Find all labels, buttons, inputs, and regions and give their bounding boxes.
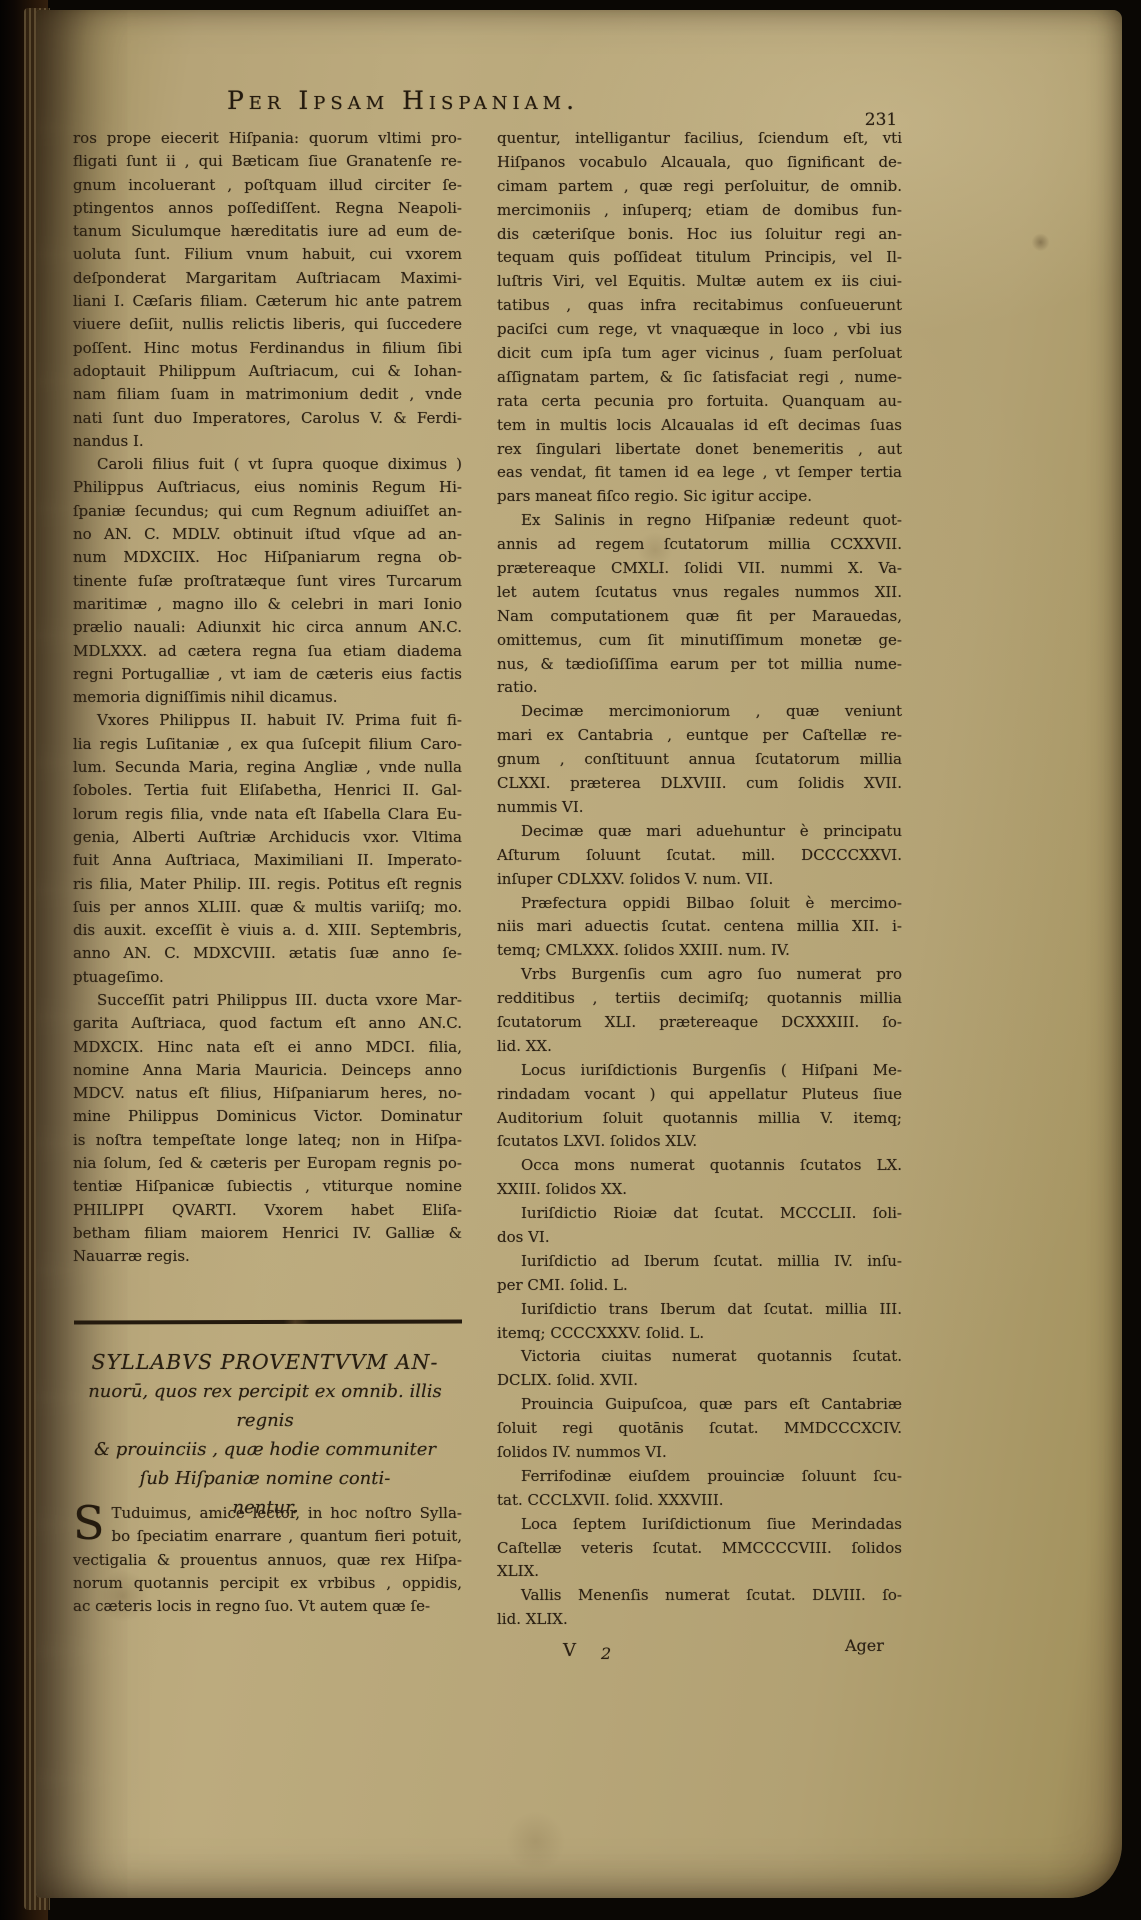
text-line: ſpaniæ ſecundus; qui cum Regnum adiuiſſe… xyxy=(73,500,462,523)
text-line: num MDXCIIX. Hoc Hiſpaniarum regna ob- xyxy=(73,546,462,569)
text-line: dicit cum ipſa tum ager vicinus , ſuam p… xyxy=(497,342,902,366)
signature-number: 2 xyxy=(601,1644,611,1663)
text-line: Victoria ciuitas numerat quotannis ſcuta… xyxy=(497,1345,902,1369)
text-line: Nauarræ regis. xyxy=(73,1245,462,1268)
paragraph: Decimæ mercimoniorum , quæ veniuntmari e… xyxy=(497,700,902,819)
heading-line: & prouinciis , quæ hodie communiter xyxy=(58,1435,472,1464)
paragraph: Occa mons numerat quotannis ſcutatos LX.… xyxy=(497,1154,902,1202)
text-line: anno AN. C. MDXCVIII. ætatis ſuæ anno ſe… xyxy=(73,942,462,965)
paragraph: Vrbs Burgenſis cum agro ſuo numerat pror… xyxy=(497,963,902,1059)
text-line: norum quotannis percipit ex vrbibus , op… xyxy=(73,1572,462,1595)
text-line: Hiſpanos vocabulo Alcauala, quo ſignific… xyxy=(497,151,902,175)
text-line: tat. CCCLXVII. ſolid. XXXVIII. xyxy=(497,1489,902,1513)
text-line: Decimæ quæ mari aduehuntur è principatu xyxy=(497,820,902,844)
text-line: Succeſſit patri Philippus III. ducta vxo… xyxy=(73,989,462,1012)
text-line: memoria digniſſimis nihil dicamus. xyxy=(73,686,462,709)
paragraph: Caroli filius fuit ( vt ſupra quoque dix… xyxy=(73,453,462,709)
text-line: dis auxit. exceſſit è viuis a. d. XIII. … xyxy=(73,919,462,942)
text-line: genia, Alberti Auſtriæ Archiducis vxor. … xyxy=(73,826,462,849)
text-line: betham filiam maiorem Henrici IV. Galliæ… xyxy=(73,1222,462,1245)
catchword: Ager xyxy=(845,1636,884,1655)
text-line: PHILIPPI QVARTI. Vxorem habet Eliſa- xyxy=(73,1199,462,1222)
text-line: is noſtra tempeſtate longe lateq; non in… xyxy=(73,1129,462,1152)
paragraph: Victoria ciuitas numerat quotannis ſcuta… xyxy=(497,1345,902,1393)
text-line: uoluta ſunt. Filium vnum habuit, cui vxo… xyxy=(73,243,462,266)
text-line: rex ſingulari libertate donet benemeriti… xyxy=(497,438,902,462)
text-line: ac cæteris locis in regno ſuo. Vt autem … xyxy=(73,1595,462,1618)
text-line: Prouincia Guipuſcoa, quæ pars eſt Cantab… xyxy=(497,1393,902,1417)
text-line: lum. Secunda Maria, regina Angliæ , vnde… xyxy=(73,756,462,779)
text-line: paciſci cum rege, vt vnaquæque in loco ,… xyxy=(497,318,902,342)
text-line: Loca ſeptem Iuriſdictionum ſiue Merindad… xyxy=(497,1513,902,1537)
left-column: ros prope eiecerit Hiſpania: quorum vlti… xyxy=(73,127,462,1269)
book-scan: Per Ipsam Hispaniam. 231 ros prope eiece… xyxy=(0,0,1141,1920)
text-line: temq; CMLXXX. ſolidos XXIII. num. IV. xyxy=(497,939,902,963)
text-line: nus, & tædioſiſſima earum per tot millia… xyxy=(497,653,902,677)
text-line: Tuduimus, amice lector, in hoc noſtro Sy… xyxy=(73,1502,462,1525)
text-line: nomine Anna Maria Mauricia. Deinceps ann… xyxy=(73,1059,462,1082)
text-line: tinente fuſæ proſtratæque ſunt vires Tur… xyxy=(73,570,462,593)
paragraph: quentur, intelligantur facilius, ſciendu… xyxy=(497,127,902,509)
text-line: fligati ſunt ii , qui Bæticam ſiue Grana… xyxy=(73,150,462,173)
text-line: ſoluit regi quotānis ſcutat. MMDCCCXCIV. xyxy=(497,1417,902,1441)
text-line: MDXCIX. Hinc nata eſt ei anno MDCI. fili… xyxy=(73,1036,462,1059)
text-line: Vxores Philippus II. habuit IV. Prima fu… xyxy=(73,709,462,732)
text-line: Iuriſdictio ad Iberum ſcutat. millia IV.… xyxy=(497,1250,902,1274)
text-line: mari ex Cantabria , euntque per Caſtellæ… xyxy=(497,724,902,748)
text-line: ſoboles. Tertia fuit Eliſabetha, Henrici… xyxy=(73,779,462,802)
paragraph: Vxores Philippus II. habuit IV. Prima fu… xyxy=(73,709,462,989)
text-line: Vrbs Burgenſis cum agro ſuo numerat pro xyxy=(497,963,902,987)
text-line: adoptauit Philippum Auſtriacum, cui & Io… xyxy=(73,360,462,383)
text-line: nandus I. xyxy=(73,430,462,453)
section-opening-paragraph: STuduimus, amice lector, in hoc noſtro S… xyxy=(73,1502,462,1618)
text-line: nia ſolum, ſed & cæteris per Europam reg… xyxy=(73,1152,462,1175)
text-line: ſcutatos LXVI. ſolidos XLV. xyxy=(497,1130,902,1154)
text-line: Præfectura oppidi Bilbao ſoluit è mercim… xyxy=(497,892,902,916)
text-line: nati ſunt duo Imperatores, Carolus V. & … xyxy=(73,407,462,430)
text-line: ſolidos IV. nummos VI. xyxy=(497,1441,902,1465)
paragraph: Iuriſdictio trans Iberum dat ſcutat. mil… xyxy=(497,1298,902,1346)
text-line: Aſturum ſoluunt ſcutat. mill. DCCCCXXVI. xyxy=(497,844,902,868)
text-line: eas vendat, fit tamen id ea lege , vt ſe… xyxy=(497,461,902,485)
text-line: Nam computationem quæ fit per Marauedas, xyxy=(497,605,902,629)
paragraph: Iuriſdictio ad Iberum ſcutat. millia IV.… xyxy=(497,1250,902,1298)
text-line: Ferrifodinæ eiuſdem prouinciæ ſoluunt ſc… xyxy=(497,1465,902,1489)
text-line: regni Portugalliæ , vt iam de cæteris ei… xyxy=(73,663,462,686)
text-line: garita Auſtriaca, quod factum eſt anno A… xyxy=(73,1012,462,1035)
text-line: Auditorium ſoluit quotannis millia V. it… xyxy=(497,1107,902,1131)
text-line: ptuageſimo. xyxy=(73,966,462,989)
text-line: per CMI. ſolid. L. xyxy=(497,1274,902,1298)
text-line: lid. XLIX. xyxy=(497,1608,902,1632)
text-line: annis ad regem ſcutatorum millia CCXXVII… xyxy=(497,533,902,557)
text-line: tanum Siculumque hæreditatis iure ad eum… xyxy=(73,220,462,243)
text-line: gnum , conſtituunt annua ſcutatorum mill… xyxy=(497,748,902,772)
text-line: luſtris Viri, vel Equitis. Multæ autem e… xyxy=(497,270,902,294)
text-line: MDCV. natus eſt filius, Hiſpaniarum here… xyxy=(73,1082,462,1105)
text-line: ſcutatorum XLI. prætereaque DCXXXIII. ſo… xyxy=(497,1011,902,1035)
heading-line: ſub Hiſpaniæ nomine conti- xyxy=(58,1464,472,1493)
signature-mark: V xyxy=(563,1640,576,1661)
text-line: ros prope eiecerit Hiſpania: quorum vlti… xyxy=(73,127,462,150)
text-line: tatibus , quas infra recitabimus conſueu… xyxy=(497,294,902,318)
text-line: MDLXXX. ad cætera regna ſua etiam diadem… xyxy=(73,640,462,663)
text-line: tentiæ Hiſpanicæ ſubiectis , vtiturque n… xyxy=(73,1175,462,1198)
text-line: viuere deſiit, nullis relictis liberis, … xyxy=(73,313,462,336)
text-line: Ex Salinis in regno Hiſpaniæ redeunt quo… xyxy=(497,509,902,533)
paragraph: Iuriſdictio Rioiæ dat ſcutat. MCCCLII. ſ… xyxy=(497,1202,902,1250)
paragraph: Ex Salinis in regno Hiſpaniæ redeunt quo… xyxy=(497,509,902,700)
text-line: vectigalia & prouentus annuos, quæ rex H… xyxy=(73,1549,462,1572)
text-line: Caroli filius fuit ( vt ſupra quoque dix… xyxy=(73,453,462,476)
paragraph: ros prope eiecerit Hiſpania: quorum vlti… xyxy=(73,127,462,453)
text-line: ris filia, Mater Philip. III. regis. Pot… xyxy=(73,873,462,896)
text-line: ptingentos annos poſſediſſent. Regna Nea… xyxy=(73,197,462,220)
text-line: fuit Anna Auſtriaca, Maximiliani II. Imp… xyxy=(73,849,462,872)
paragraph: Prouincia Guipuſcoa, quæ pars eſt Cantab… xyxy=(497,1393,902,1465)
paragraph: Loca ſeptem Iuriſdictionum ſiue Merindad… xyxy=(497,1513,902,1585)
text-line: dis cæteriſque bonis. Hoc ius ſoluitur r… xyxy=(497,223,902,247)
paragraph: Præfectura oppidi Bilbao ſoluit è mercim… xyxy=(497,892,902,964)
text-line: lid. XX. xyxy=(497,1035,902,1059)
text-line: lorum regis filia, vnde nata eſt Iſabell… xyxy=(73,803,462,826)
text-line: Occa mons numerat quotannis ſcutatos LX. xyxy=(497,1154,902,1178)
text-line: XLIX. xyxy=(497,1560,902,1584)
text-line: liani I. Cæſaris filiam. Cæterum hic ant… xyxy=(73,290,462,313)
text-line: let autem ſcutatus vnus regales nummos X… xyxy=(497,581,902,605)
text-line: no AN. C. MDLV. obtinuit iſtud vſque ad … xyxy=(73,523,462,546)
text-line: prætereaque CMXLI. ſolidi VII. nummi X. … xyxy=(497,557,902,581)
text-line: niis mari aduectis ſcutat. centena milli… xyxy=(497,915,902,939)
text-line: cimam partem , quæ regi perſoluitur, de … xyxy=(497,175,902,199)
heading-line: SYLLABVS PROVENTVVM AN- xyxy=(58,1348,472,1377)
text-line: poſſent. Hinc motus Ferdinandus in filiu… xyxy=(73,337,462,360)
text-line: tequam quis poſſideat titulum Principis,… xyxy=(497,246,902,270)
text-line: redditibus , tertiis decimiſq; quotannis… xyxy=(497,987,902,1011)
text-line: Vallis Menenſis numerat ſcutat. DLVIII. … xyxy=(497,1584,902,1608)
paragraph: Ferrifodinæ eiuſdem prouinciæ ſoluunt ſc… xyxy=(497,1465,902,1513)
text-line: Iuriſdictio trans Iberum dat ſcutat. mil… xyxy=(497,1298,902,1322)
text-line: CLXXI. præterea DLXVIII. cum ſolidis XVI… xyxy=(497,772,902,796)
heading-line: nuorū, quos rex percipit ex omnib. illis… xyxy=(58,1377,472,1435)
text-line: XXIII. ſolidos XX. xyxy=(497,1178,902,1202)
text-line: DCLIX. ſolid. XVII. xyxy=(497,1369,902,1393)
section-heading: SYLLABVS PROVENTVVM AN-nuorū, quos rex p… xyxy=(58,1348,472,1522)
text-line: bo ſpeciatim enarrare , quantum fieri po… xyxy=(73,1525,462,1548)
text-line: mercimoniis , inſuperq; etiam de domibus… xyxy=(497,199,902,223)
text-line: quentur, intelligantur facilius, ſciendu… xyxy=(497,127,902,151)
text-line: mine Philippus Dominicus Victor. Dominat… xyxy=(73,1105,462,1128)
text-line: nam filiam ſuam in matrimonium dedit , v… xyxy=(73,383,462,406)
drop-cap: S xyxy=(73,1502,112,1543)
text-line: tem in multis locis Alcaualas id eſt dec… xyxy=(497,414,902,438)
text-line: omittemus, cum ſit minutiſſimum monetæ g… xyxy=(497,629,902,653)
text-line: rindadam vocant ) qui appellatur Pluteus… xyxy=(497,1083,902,1107)
text-line: itemq; CCCCXXXV. ſolid. L. xyxy=(497,1322,902,1346)
text-line: deſponderat Margaritam Auſtriacam Maximi… xyxy=(73,267,462,290)
text-line: Locus iuriſdictionis Burgenſis ( Hiſpani… xyxy=(497,1059,902,1083)
paragraph: Vallis Menenſis numerat ſcutat. DLVIII. … xyxy=(497,1584,902,1632)
text-line: lia regis Luſitaniæ , ex qua ſuſcepit fi… xyxy=(73,733,462,756)
paragraph: Decimæ quæ mari aduehuntur è principatuA… xyxy=(497,820,902,892)
text-line: maritimæ , magno illo & celebri in mari … xyxy=(73,593,462,616)
text-line: Caſtellæ veteris ſcutat. MMCCCCVIII. ſol… xyxy=(497,1537,902,1561)
text-line: ſuis per annos XLIII. quæ & multis varii… xyxy=(73,896,462,919)
text-line: Iuriſdictio Rioiæ dat ſcutat. MCCCLII. ſ… xyxy=(497,1202,902,1226)
text-line: dos VI. xyxy=(497,1226,902,1250)
text-line: Decimæ mercimoniorum , quæ veniunt xyxy=(497,700,902,724)
text-line: ratio. xyxy=(497,676,902,700)
text-line: aſſignatam partem, & ſic ſatisfaciat reg… xyxy=(497,366,902,390)
text-line: Philippus Auſtriacus, eius nominis Regum… xyxy=(73,476,462,499)
paragraph: Succeſſit patri Philippus III. ducta vxo… xyxy=(73,989,462,1269)
running-title: Per Ipsam Hispaniam. xyxy=(73,86,733,115)
text-line: nummis VI. xyxy=(497,796,902,820)
text-line: gnum incoluerant , poſtquam illud circit… xyxy=(73,174,462,197)
text-line: pars maneat fiſco regio. Sic igitur acci… xyxy=(497,485,902,509)
paragraph: Locus iuriſdictionis Burgenſis ( Hiſpani… xyxy=(497,1059,902,1155)
text-line: rata certa pecunia pro fortuita. Quanqua… xyxy=(497,390,902,414)
text-line: prælio nauali: Adiunxit hic circa annum … xyxy=(73,616,462,639)
right-column: quentur, intelligantur facilius, ſciendu… xyxy=(497,127,902,1632)
text-line: inſuper CDLXXV. ſolidos V. num. VII. xyxy=(497,868,902,892)
